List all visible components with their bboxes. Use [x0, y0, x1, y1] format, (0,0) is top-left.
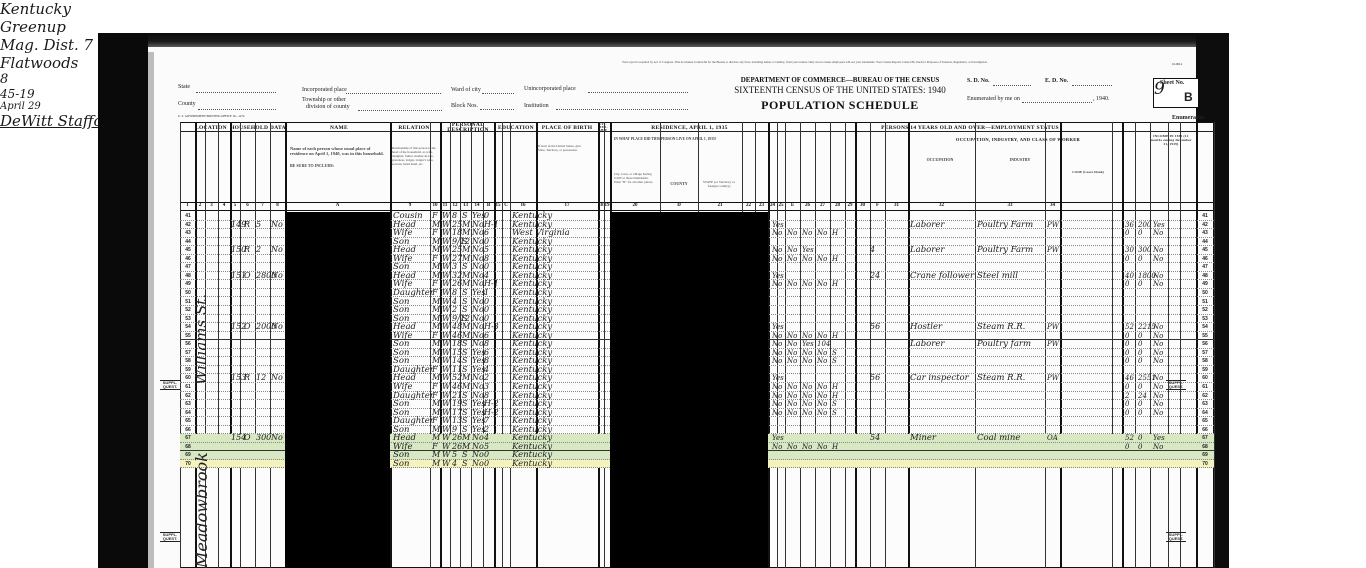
activity-code-cell: S: [832, 400, 837, 408]
line-number: 42: [181, 221, 195, 229]
other-income-cell: No: [1153, 392, 1163, 400]
occupation-cell: Hostler: [910, 323, 942, 331]
class-of-worker-cell: OA: [1047, 434, 1058, 442]
owned-rented-cell: O: [244, 323, 251, 331]
line-number-right: 64: [1198, 409, 1212, 417]
birthplace-cell: Kentucky: [512, 306, 552, 314]
relation-cell: Wife: [393, 229, 412, 237]
marital-status-cell: M: [462, 383, 470, 391]
weeks-worked-cell: 0: [1125, 400, 1129, 408]
owned-rented-cell: R: [244, 246, 250, 254]
age-cell: 8: [452, 212, 457, 220]
other-income-cell: No: [1153, 280, 1163, 288]
wages-cell: 0: [1138, 400, 1142, 408]
worked-for-pay-cell: Yes: [772, 374, 784, 382]
weeks-worked-cell: 0: [1125, 332, 1129, 340]
owned-rented-cell: O: [244, 434, 251, 442]
home-value-cell: 300: [256, 434, 271, 442]
column-number: 34: [1045, 203, 1060, 208]
farm-residence-cell: No: [271, 434, 283, 442]
unincorporated-line: [588, 92, 688, 93]
public-emergency-work-cell: No: [802, 357, 812, 365]
line-number-right: 62: [1198, 392, 1212, 400]
farm-residence-cell: No: [271, 272, 283, 280]
sex-cell: M: [432, 460, 440, 468]
seeking-work-cell: No: [787, 400, 797, 408]
farm-residence-cell: No: [271, 323, 283, 331]
wages-cell: 0: [1138, 255, 1142, 263]
department-title: DEPARTMENT OF COMMERCE—BUREAU OF THE CEN…: [705, 76, 975, 84]
line-number-right: 49: [1198, 280, 1212, 288]
institution-line: [556, 109, 688, 110]
sd-label: S. D. No.: [967, 78, 990, 84]
race-cell: W: [442, 417, 450, 425]
public-emergency-work-cell: No: [802, 349, 812, 357]
group-location: LOCATION: [195, 125, 227, 131]
age-cell: 18: [452, 229, 462, 237]
other-income-cell: No: [1153, 383, 1163, 391]
marital-status-cell: S: [462, 417, 467, 425]
school-attendance-cell: No: [472, 383, 484, 391]
relation-cell: Son: [393, 460, 409, 468]
wages-cell: 0: [1138, 332, 1142, 340]
county-label: County: [178, 101, 196, 107]
other-income-cell: No: [1153, 400, 1163, 408]
worked-for-pay-cell: No: [772, 332, 782, 340]
column-number: B: [483, 203, 494, 208]
class-of-worker-cell: PW: [1047, 323, 1059, 331]
age-cell: 8: [452, 289, 457, 297]
public-emergency-work-cell: No: [802, 332, 812, 340]
line-number-right: 58: [1198, 357, 1212, 365]
activity-code-cell: H: [832, 229, 838, 237]
supp-marker-right-68: SUPPL. QUEST.: [1166, 532, 1186, 542]
incorporated-label: Incorporated place: [302, 87, 347, 93]
line-number-right: 57: [1198, 349, 1212, 357]
column-number: 29: [845, 203, 855, 208]
state-label: State: [178, 84, 190, 90]
weeks-worked-cell: 36: [1125, 221, 1134, 229]
column-number: 22: [742, 203, 755, 208]
weeks-worked-cell: 0: [1125, 229, 1129, 237]
highest-grade-cell: 0: [484, 460, 489, 468]
line-number-right: 54: [1198, 323, 1212, 331]
class-of-worker-cell: PW: [1047, 340, 1059, 348]
owned-rented-cell: R: [244, 221, 250, 229]
ward-line: [482, 93, 514, 94]
line-number-right: 56: [1198, 340, 1212, 348]
marital-status-cell: S: [462, 460, 467, 468]
enumerated-label: Enumerated by me on: [967, 96, 1020, 102]
occupation-cell: Laborer: [910, 340, 944, 348]
line-number-right: 69: [1198, 451, 1212, 459]
wages-cell: 0: [1138, 383, 1142, 391]
has-job-cell: No: [817, 392, 827, 400]
weeks-worked-cell: 0: [1125, 409, 1129, 417]
class-of-worker-cell: PW: [1047, 374, 1059, 382]
line-number-right: 70: [1198, 460, 1212, 468]
birthplace-cell: Kentucky: [512, 400, 552, 408]
industry-cell: Poultry Farm: [977, 246, 1033, 254]
column-number: 6: [240, 203, 255, 208]
birthplace-cell: West Virginia: [512, 229, 570, 237]
column-number: 20: [610, 203, 660, 208]
weeks-worked-cell: 40: [1125, 272, 1134, 280]
other-income-cell: Yes: [1153, 221, 1165, 229]
birthplace-cell: Kentucky: [512, 417, 552, 425]
group-personal: PERSONAL DESCRIPTION: [440, 123, 496, 133]
has-job-cell: No: [817, 443, 827, 451]
column-number: F: [870, 203, 885, 208]
sex-cell: F: [432, 229, 438, 237]
wages-cell: 0: [1138, 229, 1142, 237]
occupation-cell: Laborer: [910, 246, 944, 254]
race-cell: W: [442, 306, 450, 314]
seeking-work-cell: No: [787, 332, 797, 340]
has-job-cell: No: [817, 349, 827, 357]
line-number: 43: [181, 229, 195, 237]
other-income-cell: No: [1153, 323, 1163, 331]
worked-for-pay-cell: No: [772, 349, 782, 357]
line-number: 49: [181, 280, 195, 288]
residence-county-header: COUNTY: [664, 182, 694, 186]
relation-cell: Cousin: [393, 212, 423, 220]
highest-grade-cell: 5: [484, 246, 489, 254]
occupation-cell: Crane follower: [910, 272, 974, 280]
ed-label: E. D. No.: [1045, 78, 1068, 84]
column-number: 9: [390, 203, 430, 208]
birthplace-cell: Kentucky: [512, 246, 552, 254]
industry-cell: Poultry Farm: [977, 221, 1033, 229]
sex-cell: M: [432, 400, 440, 408]
line-number-right: 50: [1198, 289, 1212, 297]
census-title: SIXTEENTH CENSUS OF THE UNITED STATES: 1…: [700, 85, 980, 95]
line-number-right: 46: [1198, 255, 1212, 263]
column-number: 25: [777, 203, 785, 208]
race-cell: W: [442, 229, 450, 237]
public-emergency-work-cell: Yes: [802, 340, 814, 348]
supp-marker-left-68: SUPPL. QUEST.: [160, 532, 180, 542]
age-cell: 19: [452, 400, 462, 408]
weeks-worked-cell: 52: [1125, 434, 1134, 442]
seeking-work-cell: No: [787, 383, 797, 391]
class-of-worker-cell: PW: [1047, 246, 1059, 254]
seeking-work-cell: No: [787, 280, 797, 288]
highest-grade-cell: H-3: [484, 323, 499, 331]
column-number: 3: [205, 203, 218, 208]
worked-for-pay-cell: Yes: [772, 323, 784, 331]
column-number: 32: [908, 203, 975, 208]
marital-status-cell: M: [462, 246, 470, 254]
other-income-cell: No: [1153, 357, 1163, 365]
marital-status-cell: S: [462, 289, 467, 297]
seeking-work-cell: No: [787, 340, 797, 348]
column-number: 8: [270, 203, 285, 208]
industry-cell: Steam R.R.: [977, 323, 1025, 331]
line-number: 46: [181, 255, 195, 263]
age-cell: 13: [452, 417, 462, 425]
other-income-cell: No: [1153, 272, 1163, 280]
state-line: [196, 92, 276, 93]
state-value: Kentucky: [0, 0, 1366, 18]
worked-for-pay-cell: No: [772, 383, 782, 391]
group-name: NAME: [290, 125, 388, 131]
incorporated-line: [346, 93, 441, 94]
line-number-right: 48: [1198, 272, 1212, 280]
residence-state-header: STATE (or Territory or foreign country): [698, 180, 740, 188]
column-number: 23: [755, 203, 768, 208]
has-job-cell: No: [817, 383, 827, 391]
worked-for-pay-cell: No: [772, 246, 782, 254]
name-redaction: [285, 212, 390, 568]
worked-for-pay-cell: No: [772, 392, 782, 400]
township-label-2: division of county: [306, 104, 350, 110]
sex-cell: M: [432, 306, 440, 314]
column-number: 14: [471, 203, 483, 208]
supp-marker-right-55: SUPPL. QUEST.: [1166, 380, 1186, 390]
sex-cell: F: [432, 417, 438, 425]
relation-cell: Head: [393, 323, 416, 331]
sex-cell: F: [432, 212, 438, 220]
county-line: [198, 109, 276, 110]
public-emergency-work-cell: No: [802, 409, 812, 417]
relation-cell: Daughter: [393, 289, 434, 297]
class-of-worker-cell: PW: [1047, 221, 1059, 229]
occupation-cell: Miner: [910, 434, 936, 442]
activity-code-cell: H: [832, 255, 838, 263]
wages-cell: 24: [1138, 392, 1147, 400]
worked-for-pay-cell: Yes: [772, 272, 784, 280]
activity-code-cell: H: [832, 280, 838, 288]
has-job-cell: No: [817, 409, 827, 417]
group-income: INCOME IN 1939 (12 months ending Decembe…: [1150, 134, 1192, 146]
enumerator-label: Enumerator.: [1172, 115, 1205, 121]
race-cell: W: [442, 212, 450, 220]
institution-label: Institution: [524, 103, 549, 109]
seeking-work-cell: No: [787, 229, 797, 237]
school-attendance-cell: No: [472, 323, 484, 331]
other-income-cell: No: [1153, 409, 1163, 417]
highest-grade-cell: 0: [484, 306, 489, 314]
race-cell: W: [442, 383, 450, 391]
form-id: 16-0614: [1172, 62, 1182, 66]
column-number: C: [502, 203, 510, 208]
line-number: 68: [181, 443, 195, 451]
column-number: 13: [460, 203, 471, 208]
activity-code-cell: S: [832, 409, 837, 417]
street-meadowbrook: Meadowbrook: [192, 452, 211, 568]
wages-cell: 0: [1138, 357, 1142, 365]
ward-label: Ward of city: [451, 87, 481, 93]
line-number-right: 45: [1198, 246, 1212, 254]
activity-code-cell: H: [832, 392, 838, 400]
weeks-worked-cell: 30: [1125, 246, 1134, 254]
column-number: 27: [815, 203, 830, 208]
column-number: 1: [180, 203, 195, 208]
weeks-worked-cell: 2: [1125, 392, 1129, 400]
line-number-right: 60: [1198, 374, 1212, 382]
public-emergency-work-cell: Yes: [802, 246, 814, 254]
public-emergency-work-cell: No: [802, 443, 812, 451]
highest-grade-cell: 3: [484, 383, 489, 391]
worked-for-pay-cell: No: [772, 280, 782, 288]
age-cell: 48: [452, 323, 462, 331]
marital-status-cell: S: [462, 306, 467, 314]
column-number: 26: [800, 203, 815, 208]
weeks-worked-cell: 0: [1125, 340, 1129, 348]
relation-cell: Son: [393, 306, 409, 314]
age-cell: 4: [452, 460, 457, 468]
line-number: 44: [181, 238, 195, 246]
printer-note: U. S. GOVERNMENT PRINTING OFFICE 16—1274: [178, 114, 244, 118]
wages-cell: 300: [1138, 246, 1151, 254]
public-emergency-work-cell: No: [802, 280, 812, 288]
weeks-worked-cell: 0: [1125, 383, 1129, 391]
occupation-cell: Laborer: [910, 221, 944, 229]
unincorporated-label: Unincorporated place: [524, 86, 576, 92]
sex-cell: M: [432, 323, 440, 331]
line-number-right: 67: [1198, 434, 1212, 442]
other-income-cell: No: [1153, 349, 1163, 357]
line-number-right: 61: [1198, 383, 1212, 391]
sex-cell: M: [432, 246, 440, 254]
line-number: 48: [181, 272, 195, 280]
other-income-cell: No: [1153, 255, 1163, 263]
weeks-worked-cell: 0: [1125, 357, 1129, 365]
wages-cell: 200: [1138, 221, 1151, 229]
weeks-worked-cell: 52: [1125, 323, 1134, 331]
line-number-right: 66: [1198, 426, 1212, 434]
supp-marker-left-55: SUPPL. QUEST.: [160, 380, 180, 390]
age-cell: 25: [452, 246, 462, 254]
wages-cell: 0: [1138, 409, 1142, 417]
school-attendance-cell: No: [472, 246, 484, 254]
group-occupation: OCCUPATION, INDUSTRY, AND CLASS OF WORKE…: [908, 137, 1128, 142]
hours-worked-cell: 56: [870, 323, 880, 331]
ed-line: [1072, 85, 1112, 86]
sheet-side: B: [1184, 90, 1193, 104]
line-number-right: 59: [1198, 366, 1212, 374]
confidentiality-notice: Your report is required by Act of Congre…: [622, 60, 1062, 64]
relation-cell: Daughter: [393, 417, 434, 425]
column-number: E: [785, 203, 800, 208]
hours-worked-cell: 54: [870, 434, 880, 442]
column-number: A: [285, 203, 390, 208]
school-attendance-cell: No: [472, 460, 484, 468]
farm-residence-cell: No: [271, 221, 283, 229]
hours-worked-cell: 4: [870, 246, 875, 254]
wages-cell: 0: [1138, 434, 1142, 442]
other-income-cell: Yes: [1153, 434, 1165, 442]
industry-cell: Coal mine: [977, 434, 1020, 442]
line-number-right: 52: [1198, 306, 1212, 314]
has-job-cell: No: [817, 280, 827, 288]
wages-cell: 0: [1138, 443, 1142, 451]
sex-cell: F: [432, 289, 438, 297]
public-emergency-work-cell: No: [802, 400, 812, 408]
public-emergency-work-cell: No: [802, 392, 812, 400]
activity-code-cell: H: [832, 332, 838, 340]
race-cell: W: [442, 323, 450, 331]
seeking-work-cell: No: [787, 255, 797, 263]
farm-residence-cell: No: [271, 246, 283, 254]
name-column-description: Name of each person whose usual place of…: [290, 146, 386, 156]
column-number: 7: [255, 203, 270, 208]
birthplace-cell: Kentucky: [512, 289, 552, 297]
seeking-work-cell: No: [787, 392, 797, 400]
code-subheader: CODE (Leave blank): [1068, 170, 1108, 174]
highest-grade-cell: 1: [484, 289, 489, 297]
relation-cell: Head: [393, 246, 416, 254]
line-number: 63: [181, 400, 195, 408]
worked-for-pay-cell: No: [772, 229, 782, 237]
other-income-cell: No: [1153, 340, 1163, 348]
activity-code-cell: S: [832, 357, 837, 365]
birthplace-cell: Kentucky: [512, 460, 552, 468]
other-income-cell: No: [1153, 332, 1163, 340]
race-cell: W: [442, 246, 450, 254]
sheet-number-box: Sheet No. 9 B: [1153, 78, 1199, 108]
weeks-worked-cell: 46: [1125, 374, 1134, 382]
other-income-cell: No: [1153, 374, 1163, 382]
other-income-cell: No: [1153, 443, 1163, 451]
age-cell: 46: [452, 383, 462, 391]
worked-for-pay-cell: No: [772, 340, 782, 348]
column-number: 10: [430, 203, 440, 208]
line-number-right: 44: [1198, 238, 1212, 246]
occupation-subheader: OCCUPATION: [915, 158, 965, 162]
has-job-cell: No: [817, 332, 827, 340]
column-number: 16: [510, 203, 536, 208]
marital-status-cell: M: [462, 323, 470, 331]
seeking-work-cell: No: [787, 443, 797, 451]
worked-for-pay-cell: No: [772, 400, 782, 408]
race-cell: W: [442, 400, 450, 408]
column-divider: [1214, 122, 1215, 568]
group-household: HOUSEHOLD DATA: [230, 125, 286, 131]
worked-for-pay-cell: Yes: [772, 434, 784, 442]
line-number-right: 53: [1198, 315, 1212, 323]
weeks-worked-cell: 0: [1125, 443, 1129, 451]
public-emergency-work-cell: No: [802, 229, 812, 237]
highest-grade-cell: 6: [484, 229, 489, 237]
marital-status-cell: M: [462, 229, 470, 237]
block-label: Block Nos.: [451, 103, 478, 109]
page-binding-edge: [148, 52, 154, 568]
public-emergency-work-cell: No: [802, 383, 812, 391]
line-number-right: 43: [1198, 229, 1212, 237]
industry-cell: Poultry farm: [977, 340, 1031, 348]
race-cell: W: [442, 460, 450, 468]
relation-cell: Son: [393, 400, 409, 408]
line-number-right: 55: [1198, 332, 1212, 340]
column-number: 21: [698, 203, 742, 208]
column-number: 30: [855, 203, 870, 208]
wages-cell: 0: [1138, 340, 1142, 348]
schedule-title: POPULATION SCHEDULE: [735, 98, 945, 113]
occupation-cell: Car inspector: [910, 374, 969, 382]
school-attendance-cell: No: [472, 229, 484, 237]
residence-redaction: [610, 212, 768, 568]
age-cell: 2: [452, 306, 457, 314]
block-line: [480, 109, 514, 110]
has-job-cell: No: [817, 357, 827, 365]
be-sure-label: BE SURE TO INCLUDE:: [290, 164, 386, 168]
worked-for-pay-cell: No: [772, 255, 782, 263]
other-income-cell: No: [1153, 229, 1163, 237]
line-number: 67: [181, 434, 195, 442]
line-number-right: 42: [1198, 221, 1212, 229]
